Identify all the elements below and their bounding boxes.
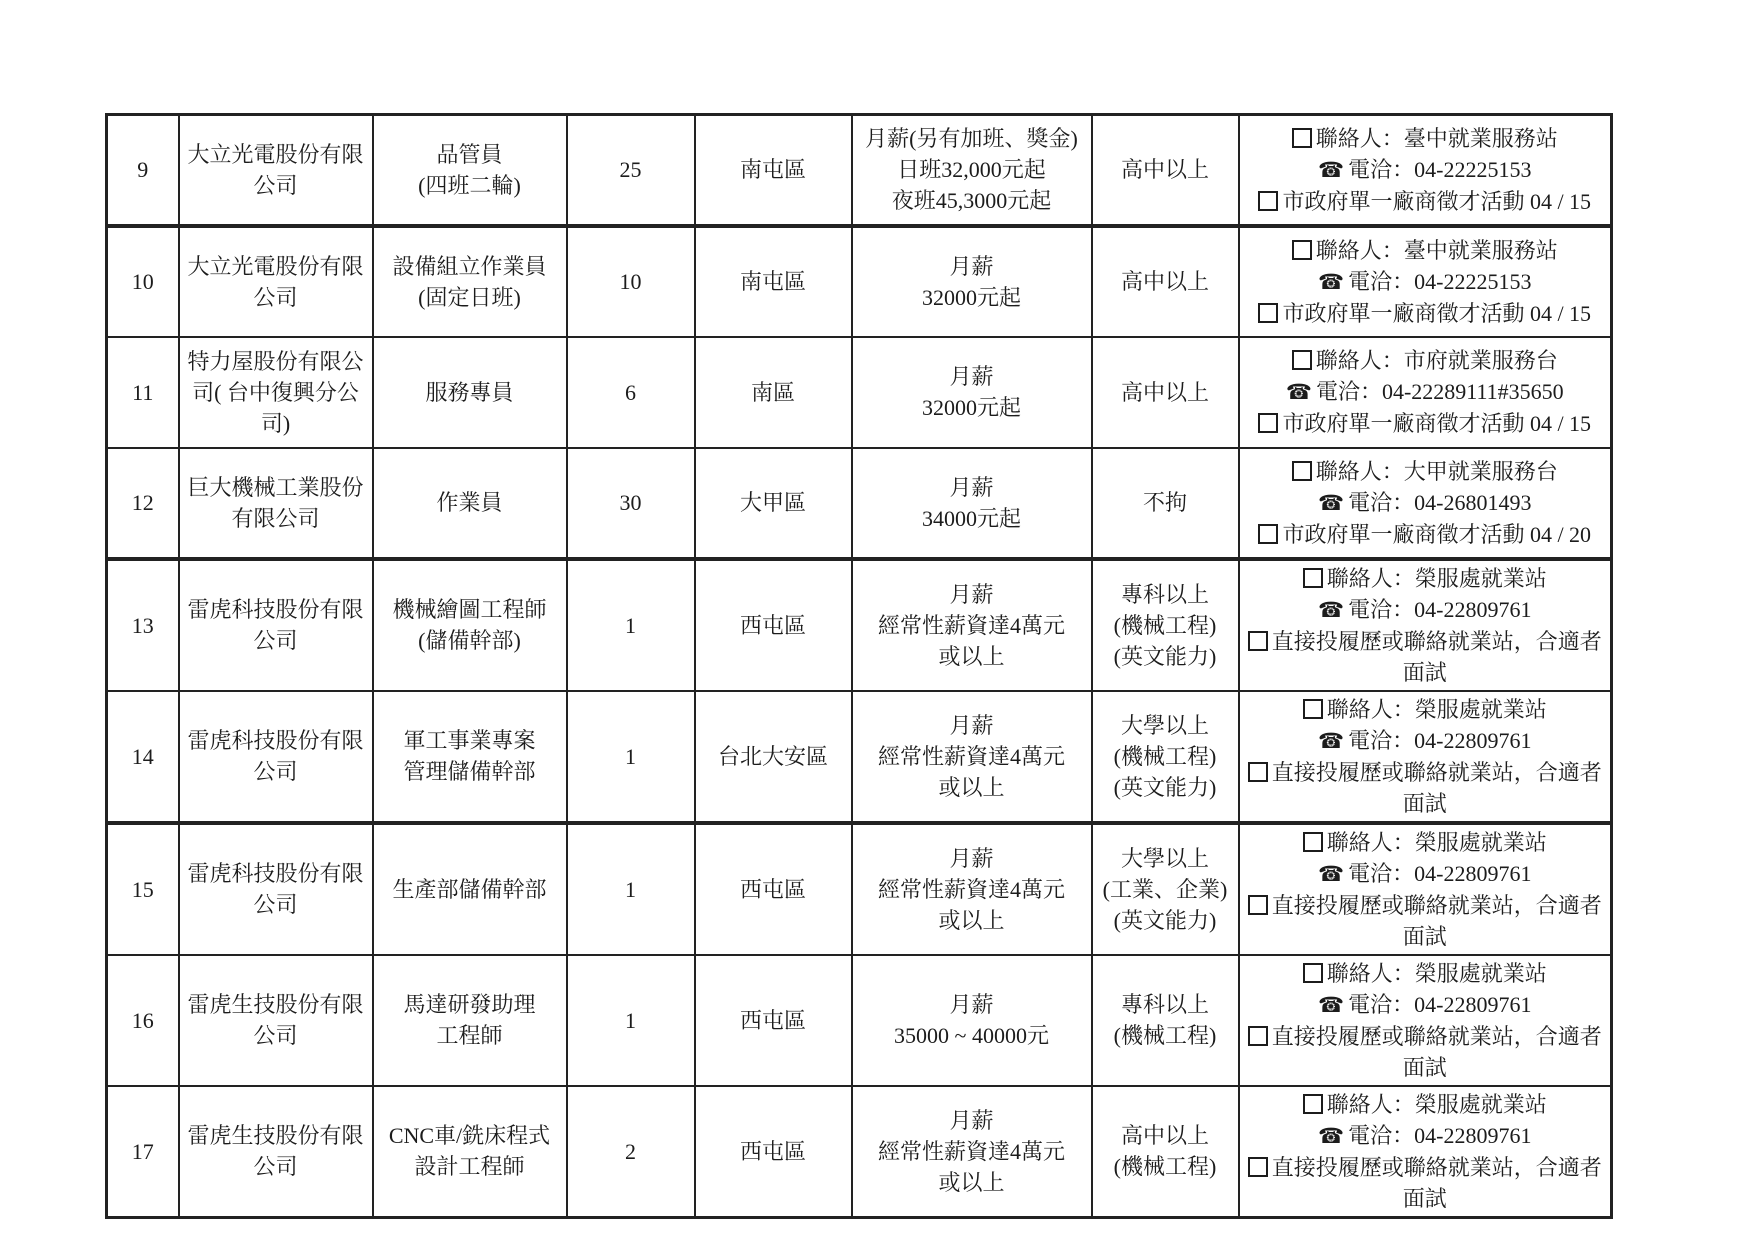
phone-icon: ☎ [1318, 267, 1344, 298]
salary-cell: 月薪經常性薪資達4萬元或以上 [852, 559, 1092, 691]
education-cell: 高中以上 [1092, 226, 1239, 337]
table-row: 17 雷虎生技股份有限公司 CNC車/銑床程式設計工程師 2 西屯區 月薪經常性… [107, 1086, 1612, 1218]
contact-text: 市政府單一廠商徵才活動 04 / 15 [1282, 301, 1591, 326]
job-line: 設計工程師 [377, 1151, 563, 1182]
district-cell: 西屯區 [695, 823, 852, 955]
district-cell: 西屯區 [695, 955, 852, 1086]
salary-line: 月薪 [856, 472, 1088, 503]
education-cell: 專科以上(機械工程)(英文能力) [1092, 559, 1239, 691]
salary-cell: 月薪(另有加班、獎金)日班32,000元起夜班45,3000元起 [852, 115, 1092, 226]
contact-text: 電洽：04-22809761 [1348, 728, 1531, 753]
contact-line: 聯絡人：臺中就業服務站 [1243, 123, 1608, 154]
district-cell: 台北大安區 [695, 691, 852, 823]
contact-line: 直接投履歷或聯絡就業站，合適者面試 [1243, 1021, 1608, 1083]
salary-line: 32000元起 [856, 282, 1088, 313]
salary-line: 經常性薪資達4萬元 [856, 610, 1088, 641]
salary-line: 月薪 [856, 361, 1088, 392]
job-line: 軍工事業專案 [377, 725, 563, 756]
table-row: 13 雷虎科技股份有限公司 機械繪圖工程師(儲備幹部) 1 西屯區 月薪經常性薪… [107, 559, 1612, 691]
phone-icon: ☎ [1318, 726, 1344, 757]
district-cell: 西屯區 [695, 559, 852, 691]
job-line: 機械繪圖工程師 [377, 594, 563, 625]
salary-line: 月薪 [856, 579, 1088, 610]
district-cell: 南區 [695, 337, 852, 448]
contact-text: 直接投履歷或聯絡就業站，合適者面試 [1272, 760, 1602, 816]
education-line: 不拘 [1096, 487, 1235, 518]
contact-cell: 聯絡人：榮服處就業站☎電洽：04-22809761直接投履歷或聯絡就業站，合適者… [1239, 823, 1612, 955]
contact-text: 聯絡人：榮服處就業站 [1327, 697, 1547, 722]
openings-cell: 6 [567, 337, 695, 448]
salary-cell: 月薪32000元起 [852, 337, 1092, 448]
salary-line: 月薪(另有加班、獎金) [856, 123, 1088, 154]
table-row: 14 雷虎科技股份有限公司 軍工事業專案管理儲備幹部 1 台北大安區 月薪經常性… [107, 691, 1612, 823]
job-line: 作業員 [377, 487, 563, 518]
contact-line: ☎電洽：04-22225153 [1243, 266, 1608, 298]
checkbox-icon [1248, 631, 1268, 651]
contact-cell: 聯絡人：市府就業服務台☎電洽：04-22289111#35650市政府單一廠商徵… [1239, 337, 1612, 448]
row-number-cell: 16 [107, 955, 179, 1086]
job-title-cell: CNC車/銑床程式設計工程師 [373, 1086, 567, 1218]
salary-line: 月薪 [856, 710, 1088, 741]
job-line: (四班二輪) [377, 170, 563, 201]
phone-icon: ☎ [1318, 1121, 1344, 1152]
job-table-body: 9 大立光電股份有限公司 品管員(四班二輪) 25 南屯區 月薪(另有加班、獎金… [107, 115, 1612, 1218]
salary-cell: 月薪32000元起 [852, 226, 1092, 337]
salary-cell: 月薪經常性薪資達4萬元或以上 [852, 691, 1092, 823]
contact-line: 聯絡人：臺中就業服務站 [1243, 235, 1608, 266]
contact-text: 聯絡人：榮服處就業站 [1327, 566, 1547, 591]
education-line: (工業、企業) [1096, 874, 1235, 905]
job-line: 生產部儲備幹部 [377, 874, 563, 905]
contact-text: 市政府單一廠商徵才活動 04 / 15 [1282, 189, 1591, 214]
contact-line: 聯絡人：榮服處就業站 [1243, 694, 1608, 725]
education-line: (英文能力) [1096, 905, 1235, 936]
contact-line: ☎電洽：04-22809761 [1243, 989, 1608, 1021]
contact-text: 聯絡人：臺中就業服務站 [1316, 126, 1558, 151]
contact-text: 市政府單一廠商徵才活動 04 / 20 [1282, 522, 1591, 547]
contact-line: ☎電洽：04-22809761 [1243, 858, 1608, 890]
contact-line: 聯絡人：大甲就業服務台 [1243, 456, 1608, 487]
contact-text: 直接投履歷或聯絡就業站，合適者面試 [1272, 1024, 1602, 1080]
education-line: (機械工程) [1096, 741, 1235, 772]
openings-cell: 30 [567, 448, 695, 559]
education-line: 高中以上 [1096, 1120, 1235, 1151]
table-row: 10 大立光電股份有限公司 設備組立作業員(固定日班) 10 南屯區 月薪320… [107, 226, 1612, 337]
checkbox-icon [1248, 1026, 1268, 1046]
contact-line: 直接投履歷或聯絡就業站，合適者面試 [1243, 1152, 1608, 1214]
contact-line: ☎電洽：04-22289111#35650 [1243, 376, 1608, 408]
job-title-cell: 作業員 [373, 448, 567, 559]
contact-line: 聯絡人：榮服處就業站 [1243, 958, 1608, 989]
table-row: 12 巨大機械工業股份有限公司 作業員 30 大甲區 月薪34000元起 不拘 … [107, 448, 1612, 559]
district-cell: 西屯區 [695, 1086, 852, 1218]
contact-line: 聯絡人：市府就業服務台 [1243, 345, 1608, 376]
openings-cell: 1 [567, 559, 695, 691]
contact-text: 電洽：04-22225153 [1348, 157, 1531, 182]
education-line: (機械工程) [1096, 1020, 1235, 1051]
openings-cell: 25 [567, 115, 695, 226]
education-line: 高中以上 [1096, 266, 1235, 297]
contact-line: 聯絡人：榮服處就業站 [1243, 827, 1608, 858]
education-cell: 高中以上 [1092, 115, 1239, 226]
contact-line: 市政府單一廠商徵才活動 04 / 15 [1243, 408, 1608, 439]
checkbox-icon [1303, 699, 1323, 719]
checkbox-icon [1292, 240, 1312, 260]
contact-line: 市政府單一廠商徵才活動 04 / 15 [1243, 298, 1608, 329]
district-cell: 南屯區 [695, 226, 852, 337]
checkbox-icon [1258, 524, 1278, 544]
job-line: 品管員 [377, 139, 563, 170]
salary-line: 月薪 [856, 843, 1088, 874]
contact-text: 聯絡人：市府就業服務台 [1316, 348, 1558, 373]
table-row: 16 雷虎生技股份有限公司 馬達研發助理工程師 1 西屯區 月薪35000 ~ … [107, 955, 1612, 1086]
contact-text: 電洽：04-22809761 [1348, 861, 1531, 886]
checkbox-icon [1248, 762, 1268, 782]
company-cell: 大立光電股份有限公司 [179, 226, 373, 337]
job-line: 馬達研發助理 [377, 989, 563, 1020]
job-title-cell: 生產部儲備幹部 [373, 823, 567, 955]
openings-cell: 10 [567, 226, 695, 337]
contact-text: 直接投履歷或聯絡就業站，合適者面試 [1272, 629, 1602, 685]
row-number-cell: 11 [107, 337, 179, 448]
job-line: 服務專員 [377, 377, 563, 408]
company-cell: 雷虎生技股份有限公司 [179, 955, 373, 1086]
job-line: (儲備幹部) [377, 625, 563, 656]
row-number-cell: 14 [107, 691, 179, 823]
contact-cell: 聯絡人：大甲就業服務台☎電洽：04-26801493市政府單一廠商徵才活動 04… [1239, 448, 1612, 559]
contact-cell: 聯絡人：榮服處就業站☎電洽：04-22809761直接投履歷或聯絡就業站，合適者… [1239, 1086, 1612, 1218]
table-row: 9 大立光電股份有限公司 品管員(四班二輪) 25 南屯區 月薪(另有加班、獎金… [107, 115, 1612, 226]
row-number-cell: 15 [107, 823, 179, 955]
education-cell: 高中以上(機械工程) [1092, 1086, 1239, 1218]
contact-line: ☎電洽：04-22809761 [1243, 594, 1608, 626]
row-number-cell: 10 [107, 226, 179, 337]
salary-cell: 月薪35000 ~ 40000元 [852, 955, 1092, 1086]
salary-line: 日班32,000元起 [856, 154, 1088, 185]
checkbox-icon [1303, 832, 1323, 852]
education-line: 專科以上 [1096, 989, 1235, 1020]
openings-cell: 1 [567, 691, 695, 823]
education-cell: 高中以上 [1092, 337, 1239, 448]
salary-line: 經常性薪資達4萬元 [856, 874, 1088, 905]
education-line: (機械工程) [1096, 610, 1235, 641]
contact-text: 直接投履歷或聯絡就業站，合適者面試 [1272, 1155, 1602, 1211]
contact-line: 市政府單一廠商徵才活動 04 / 15 [1243, 186, 1608, 217]
company-cell: 雷虎生技股份有限公司 [179, 1086, 373, 1218]
district-cell: 大甲區 [695, 448, 852, 559]
salary-line: 32000元起 [856, 392, 1088, 423]
education-line: (英文能力) [1096, 772, 1235, 803]
openings-cell: 1 [567, 823, 695, 955]
education-line: 專科以上 [1096, 579, 1235, 610]
contact-text: 電洽：04-22809761 [1348, 1123, 1531, 1148]
checkbox-icon [1303, 1094, 1323, 1114]
salary-cell: 月薪34000元起 [852, 448, 1092, 559]
job-table: 9 大立光電股份有限公司 品管員(四班二輪) 25 南屯區 月薪(另有加班、獎金… [105, 113, 1613, 1219]
checkbox-icon [1258, 413, 1278, 433]
row-number-cell: 12 [107, 448, 179, 559]
contact-line: 聯絡人：榮服處就業站 [1243, 1089, 1608, 1120]
contact-text: 聯絡人：臺中就業服務站 [1316, 238, 1558, 263]
education-cell: 大學以上(機械工程)(英文能力) [1092, 691, 1239, 823]
salary-line: 經常性薪資達4萬元 [856, 1136, 1088, 1167]
education-line: (機械工程) [1096, 1151, 1235, 1182]
checkbox-icon [1292, 461, 1312, 481]
education-cell: 不拘 [1092, 448, 1239, 559]
phone-icon: ☎ [1318, 488, 1344, 519]
salary-cell: 月薪經常性薪資達4萬元或以上 [852, 1086, 1092, 1218]
company-cell: 雷虎科技股份有限公司 [179, 823, 373, 955]
job-title-cell: 機械繪圖工程師(儲備幹部) [373, 559, 567, 691]
salary-line: 月薪 [856, 251, 1088, 282]
contact-text: 電洽：04-26801493 [1348, 490, 1531, 515]
contact-line: 聯絡人：榮服處就業站 [1243, 563, 1608, 594]
job-title-cell: 服務專員 [373, 337, 567, 448]
contact-line: ☎電洽：04-22809761 [1243, 1120, 1608, 1152]
job-title-cell: 設備組立作業員(固定日班) [373, 226, 567, 337]
contact-cell: 聯絡人：臺中就業服務站☎電洽：04-22225153市政府單一廠商徵才活動 04… [1239, 226, 1612, 337]
job-line: 設備組立作業員 [377, 251, 563, 282]
salary-line: 月薪 [856, 989, 1088, 1020]
table-row: 15 雷虎科技股份有限公司 生產部儲備幹部 1 西屯區 月薪經常性薪資達4萬元或… [107, 823, 1612, 955]
job-line: (固定日班) [377, 282, 563, 313]
openings-cell: 2 [567, 1086, 695, 1218]
education-line: 大學以上 [1096, 710, 1235, 741]
education-line: 大學以上 [1096, 843, 1235, 874]
district-cell: 南屯區 [695, 115, 852, 226]
checkbox-icon [1258, 303, 1278, 323]
salary-line: 經常性薪資達4萬元 [856, 741, 1088, 772]
company-cell: 巨大機械工業股份有限公司 [179, 448, 373, 559]
contact-line: 直接投履歷或聯絡就業站，合適者面試 [1243, 890, 1608, 952]
phone-icon: ☎ [1318, 859, 1344, 890]
checkbox-icon [1303, 568, 1323, 588]
row-number-cell: 9 [107, 115, 179, 226]
phone-icon: ☎ [1318, 155, 1344, 186]
checkbox-icon [1292, 128, 1312, 148]
contact-text: 電洽：04-22225153 [1348, 269, 1531, 294]
job-title-cell: 馬達研發助理工程師 [373, 955, 567, 1086]
job-title-cell: 品管員(四班二輪) [373, 115, 567, 226]
contact-text: 電洽：04-22289111#35650 [1316, 379, 1564, 404]
row-number-cell: 13 [107, 559, 179, 691]
row-number-cell: 17 [107, 1086, 179, 1218]
contact-text: 聯絡人：大甲就業服務台 [1316, 459, 1558, 484]
salary-line: 或以上 [856, 772, 1088, 803]
contact-text: 聯絡人：榮服處就業站 [1327, 1092, 1547, 1117]
company-cell: 雷虎科技股份有限公司 [179, 559, 373, 691]
contact-text: 市政府單一廠商徵才活動 04 / 15 [1282, 411, 1591, 436]
checkbox-icon [1303, 963, 1323, 983]
salary-line: 34000元起 [856, 503, 1088, 534]
salary-cell: 月薪經常性薪資達4萬元或以上 [852, 823, 1092, 955]
company-cell: 特力屋股份有限公司( 台中復興分公司) [179, 337, 373, 448]
contact-cell: 聯絡人：榮服處就業站☎電洽：04-22809761直接投履歷或聯絡就業站，合適者… [1239, 691, 1612, 823]
company-cell: 大立光電股份有限公司 [179, 115, 373, 226]
salary-line: 或以上 [856, 641, 1088, 672]
salary-line: 夜班45,3000元起 [856, 185, 1088, 216]
job-listing-table: 9 大立光電股份有限公司 品管員(四班二輪) 25 南屯區 月薪(另有加班、獎金… [105, 113, 1613, 1219]
contact-text: 電洽：04-22809761 [1348, 597, 1531, 622]
checkbox-icon [1292, 350, 1312, 370]
education-cell: 大學以上(工業、企業)(英文能力) [1092, 823, 1239, 955]
contact-cell: 聯絡人：榮服處就業站☎電洽：04-22809761直接投履歷或聯絡就業站，合適者… [1239, 955, 1612, 1086]
education-line: 高中以上 [1096, 377, 1235, 408]
contact-cell: 聯絡人：臺中就業服務站☎電洽：04-22225153市政府單一廠商徵才活動 04… [1239, 115, 1612, 226]
contact-cell: 聯絡人：榮服處就業站☎電洽：04-22809761直接投履歷或聯絡就業站，合適者… [1239, 559, 1612, 691]
contact-line: 直接投履歷或聯絡就業站，合適者面試 [1243, 626, 1608, 688]
checkbox-icon [1258, 191, 1278, 211]
phone-icon: ☎ [1286, 377, 1312, 408]
contact-line: ☎電洽：04-22225153 [1243, 154, 1608, 186]
contact-line: 直接投履歷或聯絡就業站，合適者面試 [1243, 757, 1608, 819]
company-cell: 雷虎科技股份有限公司 [179, 691, 373, 823]
salary-line: 月薪 [856, 1105, 1088, 1136]
contact-text: 聯絡人：榮服處就業站 [1327, 961, 1547, 986]
contact-line: 市政府單一廠商徵才活動 04 / 20 [1243, 519, 1608, 550]
education-cell: 專科以上(機械工程) [1092, 955, 1239, 1086]
education-line: (英文能力) [1096, 641, 1235, 672]
salary-line: 或以上 [856, 1167, 1088, 1198]
checkbox-icon [1248, 1157, 1268, 1177]
education-line: 高中以上 [1096, 154, 1235, 185]
job-line: 工程師 [377, 1020, 563, 1051]
contact-text: 電洽：04-22809761 [1348, 992, 1531, 1017]
contact-text: 聯絡人：榮服處就業站 [1327, 830, 1547, 855]
job-title-cell: 軍工事業專案管理儲備幹部 [373, 691, 567, 823]
job-line: CNC車/銑床程式 [377, 1120, 563, 1151]
phone-icon: ☎ [1318, 595, 1344, 626]
contact-line: ☎電洽：04-22809761 [1243, 725, 1608, 757]
salary-line: 或以上 [856, 905, 1088, 936]
checkbox-icon [1248, 895, 1268, 915]
contact-line: ☎電洽：04-26801493 [1243, 487, 1608, 519]
phone-icon: ☎ [1318, 990, 1344, 1021]
table-row: 11 特力屋股份有限公司( 台中復興分公司) 服務專員 6 南區 月薪32000… [107, 337, 1612, 448]
openings-cell: 1 [567, 955, 695, 1086]
salary-line: 35000 ~ 40000元 [856, 1020, 1088, 1051]
contact-text: 直接投履歷或聯絡就業站，合適者面試 [1272, 893, 1602, 949]
job-line: 管理儲備幹部 [377, 756, 563, 787]
